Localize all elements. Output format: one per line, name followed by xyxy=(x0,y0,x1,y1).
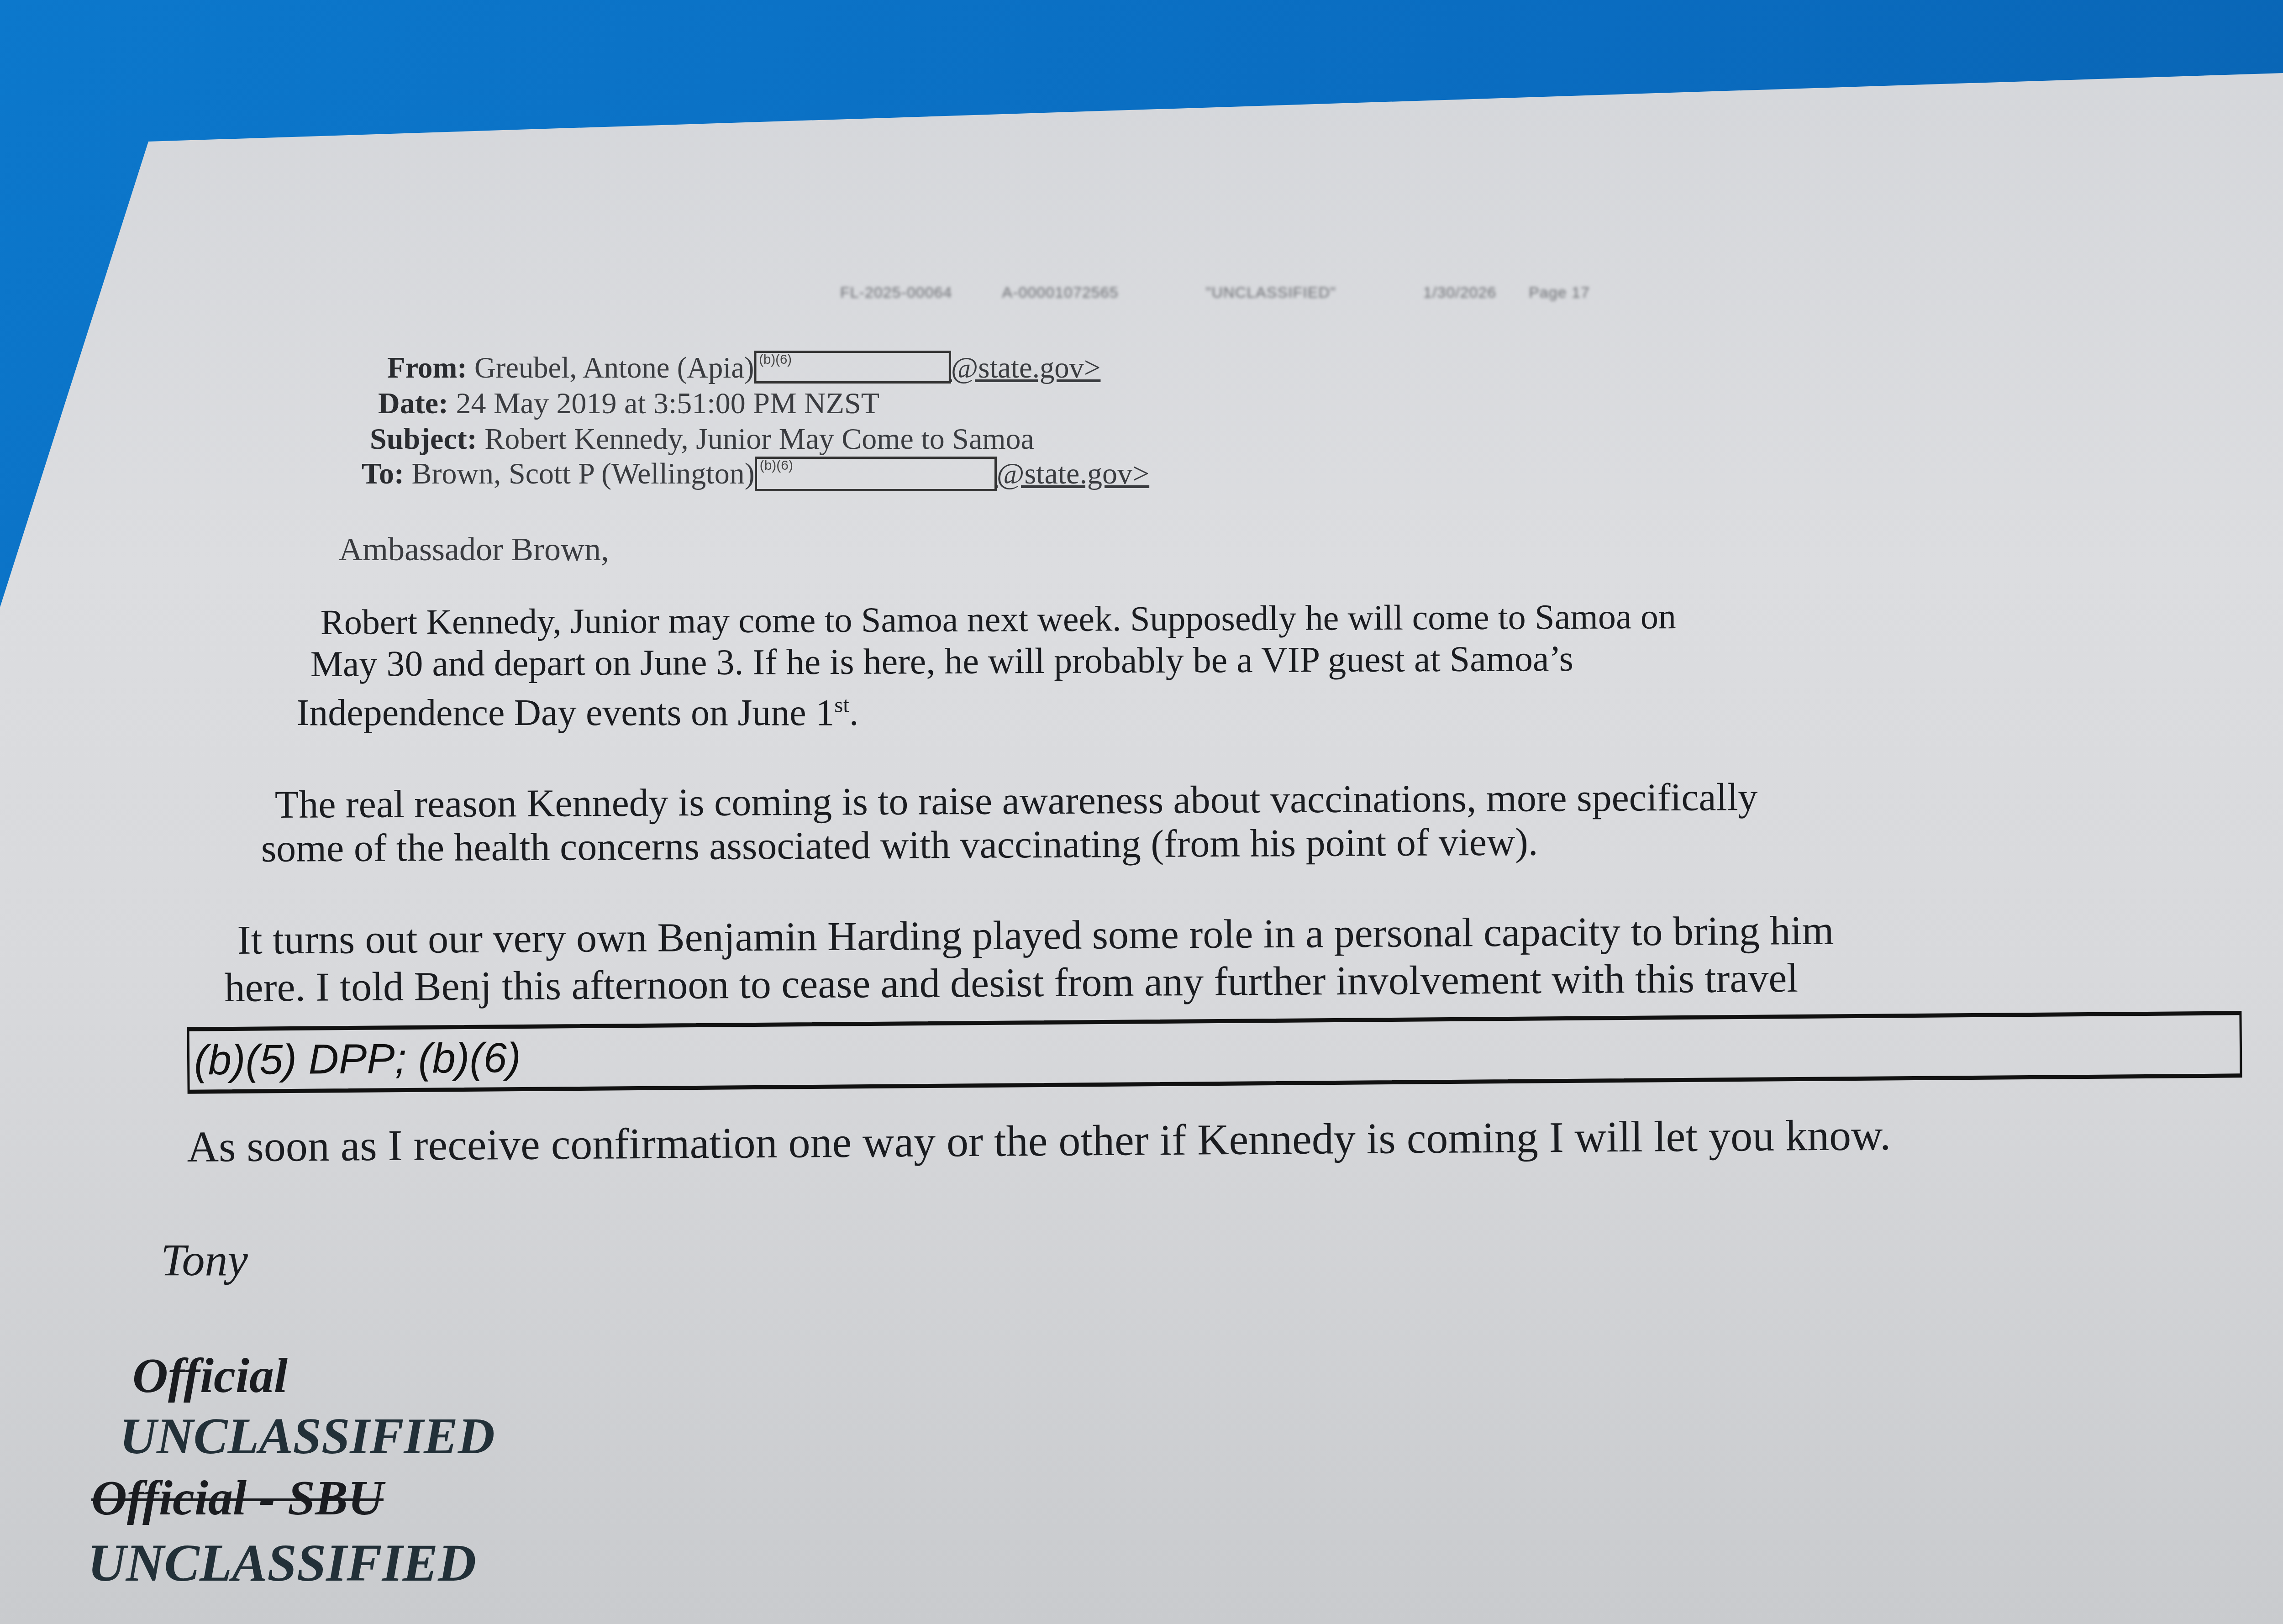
footer-unclassified-1: UNCLASSIFIED xyxy=(120,1407,495,1466)
to-domain: @state.gov> xyxy=(997,457,1149,490)
subject-line: Subject: Robert Kennedy, Junior May Come… xyxy=(370,422,1034,457)
paragraph-1-line-3-text: Independence Day events on June 1 xyxy=(297,692,834,733)
doc-number: A-00001072565 xyxy=(1002,284,1119,301)
from-domain: @state.gov> xyxy=(951,351,1101,384)
date-line: Date: 24 May 2019 at 3:51:00 PM NZST xyxy=(378,386,879,421)
case-number: FL-2025-00064 xyxy=(840,284,952,301)
footer-official-sbu-struck: Official - SBU xyxy=(91,1470,384,1527)
to-redaction-box: (b)(6) xyxy=(755,457,997,491)
redaction-block-codes: (b)(5) DPP; (b)(6) xyxy=(194,1034,521,1085)
footer-unclassified-2: UNCLASSIFIED xyxy=(88,1533,476,1594)
date-label: Date: xyxy=(378,387,448,420)
page-number: Page 17 xyxy=(1529,284,1590,301)
paragraph-1-line-1: Robert Kennedy, Junior may come to Samoa… xyxy=(321,596,1677,643)
from-redaction-box: (b)(6) xyxy=(754,351,951,384)
redaction-code: (b)(6) xyxy=(760,458,793,473)
subject-label: Subject: xyxy=(370,422,477,456)
doc-header-line: FL-2025-00064 A-00001072565 "UNCLASSIFIE… xyxy=(840,284,1590,302)
date-value: 24 May 2019 at 3:51:00 PM NZST xyxy=(456,387,879,420)
from-line: From: Greubel, Antone (Apia)(b)(6)@state… xyxy=(387,351,1100,385)
signature: Tony xyxy=(161,1234,248,1286)
paragraph-3-line-2: here. I told Benj this afternoon to ceas… xyxy=(224,955,1798,1011)
paragraph-1-line-2: May 30 and depart on June 3. If he is he… xyxy=(310,638,1573,685)
from-label: From: xyxy=(387,351,467,384)
header-date: 1/30/2026 xyxy=(1423,284,1496,301)
from-value: Greubel, Antone (Apia) xyxy=(474,351,754,384)
to-value: Brown, Scott P (Wellington) xyxy=(411,457,754,490)
period: . xyxy=(849,692,859,733)
subject-value: Robert Kennedy, Junior May Come to Samoa xyxy=(484,422,1034,456)
paragraph-1-line-3: Independence Day events on June 1st. xyxy=(297,691,859,734)
ordinal-suffix: st xyxy=(834,692,849,717)
paragraph-2-line-2: some of the health concerns associated w… xyxy=(261,819,1538,871)
paragraph-3-line-1: It turns out our very own Benjamin Hardi… xyxy=(237,907,1834,964)
redaction-code: (b)(6) xyxy=(759,352,792,368)
salutation: Ambassador Brown, xyxy=(339,531,609,568)
to-label: To: xyxy=(362,457,404,490)
to-line: To: Brown, Scott P (Wellington)(b)(6)@st… xyxy=(362,457,1149,491)
header-classification: "UNCLASSIFIED" xyxy=(1205,284,1336,301)
footer-official: Official xyxy=(132,1348,288,1404)
